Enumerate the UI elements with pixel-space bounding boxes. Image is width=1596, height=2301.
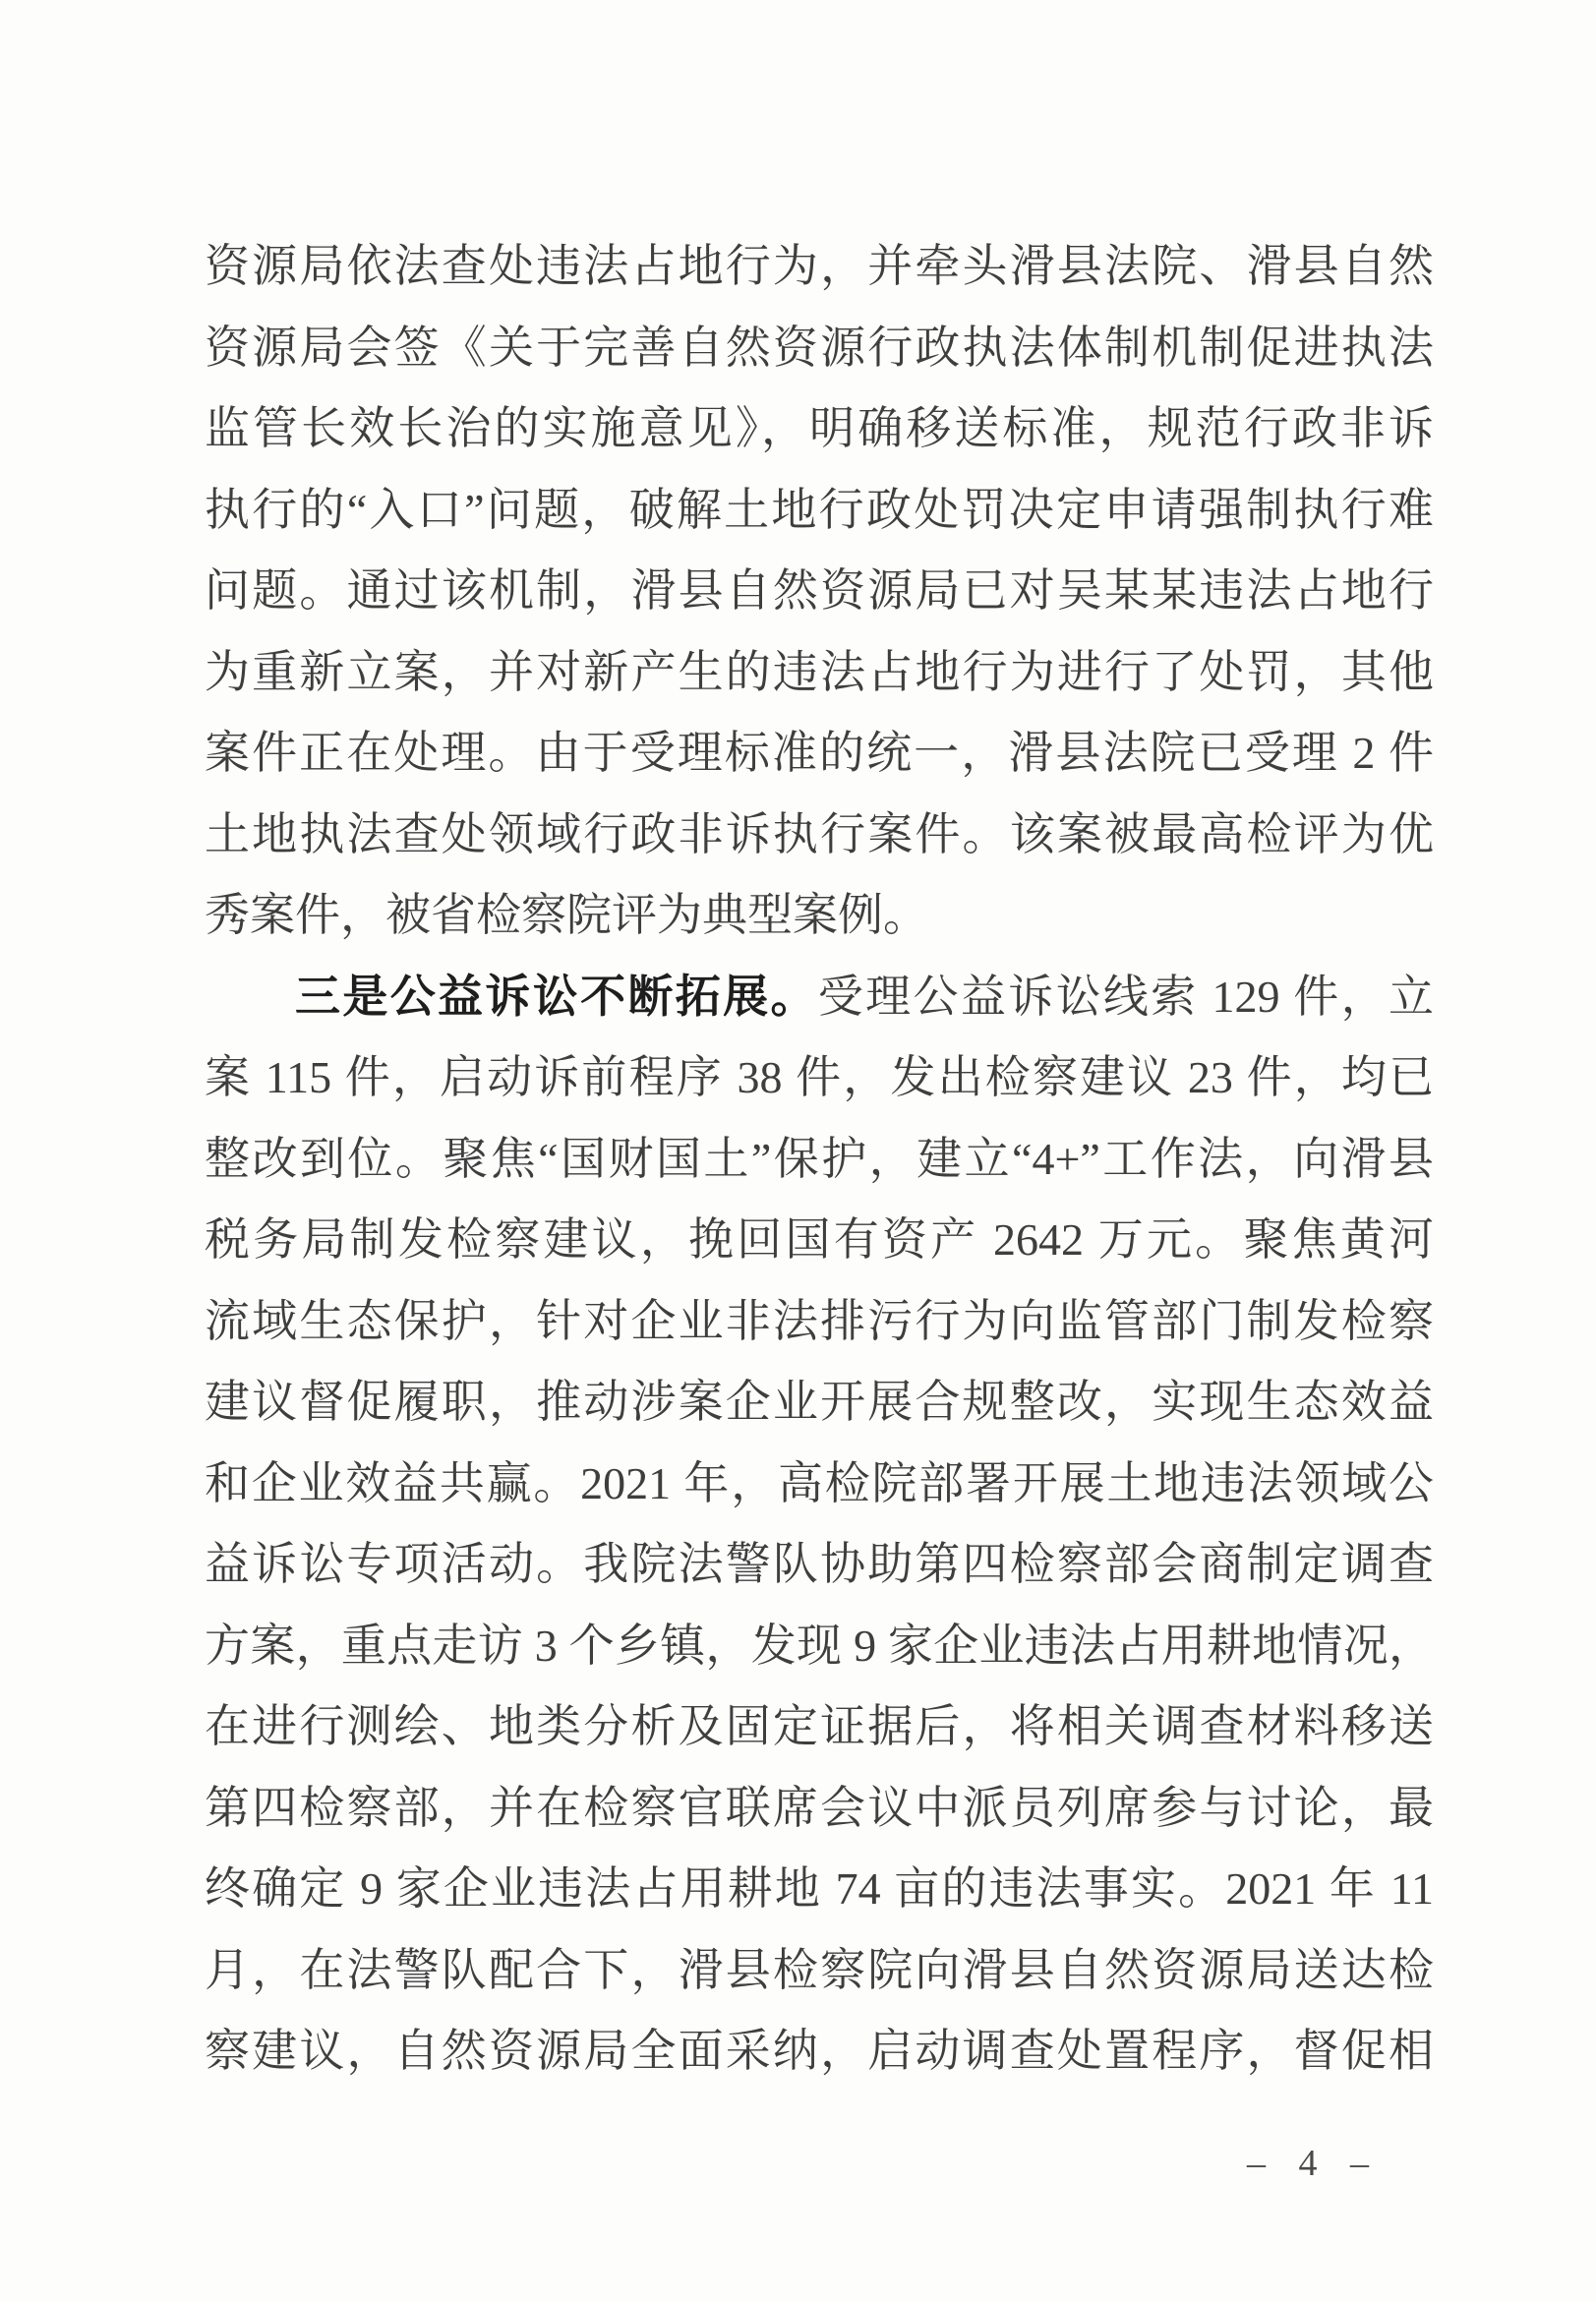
text-line: 问题。通过该机制，滑县自然资源局已对吴某某违法占地行: [205, 551, 1434, 632]
text-line: 察建议，自然资源局全面采纳，启动调查处置程序，督促相: [205, 2011, 1434, 2093]
text-line: 秀案件，被省检察院评为典型案例。: [205, 875, 1434, 957]
text-line-paragraph-start: 三是公益诉讼不断拓展。受理公益诉讼线索 129 件，立: [205, 957, 1434, 1038]
document-page: 资源局依法查处违法占地行为，并牵头滑县法院、滑县自然 资源局会签《关于完善自然资…: [0, 0, 1596, 2301]
text-line: 案件正在处理。由于受理标准的统一，滑县法院已受理 2 件: [205, 713, 1434, 795]
text-line: 益诉讼专项活动。我院法警队协助第四检察部会商制定调查: [205, 1524, 1434, 1606]
line-rest: 受理公益诉讼线索 129 件，立: [818, 972, 1434, 1022]
paragraph-lead-bold: 三是公益诉讼不断拓展。: [295, 972, 818, 1022]
text-line: 方案，重点走访 3 个乡镇，发现 9 家企业违法占用耕地情况，: [205, 1606, 1434, 1687]
text-line: 在进行测绘、地类分析及固定证据后，将相关调查材料移送: [205, 1686, 1434, 1768]
text-line: 资源局会签《关于完善自然资源行政执法体制机制促进执法: [205, 308, 1434, 389]
text-line: 税务局制发检察建议，挽回国有资产 2642 万元。聚焦黄河: [205, 1200, 1434, 1281]
text-line: 案 115 件，启动诉前程序 38 件，发出检察建议 23 件，均已: [205, 1037, 1434, 1119]
text-line: 土地执法查处领域行政非诉执行案件。该案被最高检评为优: [205, 795, 1434, 876]
text-line: 为重新立案，并对新产生的违法占地行为进行了处罚，其他: [205, 632, 1434, 714]
text-line: 和企业效益共赢。2021 年，高检院部署开展土地违法领域公: [205, 1444, 1434, 1525]
text-line: 资源局依法查处违法占地行为，并牵头滑县法院、滑县自然: [205, 226, 1434, 308]
text-line: 执行的“入口”问题，破解土地行政处罚决定申请强制执行难: [205, 470, 1434, 552]
text-line: 监管长效长治的实施意见》，明确移送标准，规范行政非诉: [205, 388, 1434, 470]
text-line: 终确定 9 家企业违法占用耕地 74 亩的违法事实。2021 年 11: [205, 1849, 1434, 1930]
text-line: 整改到位。聚焦“国财国土”保护，建立“4+”工作法，向滑县: [205, 1119, 1434, 1201]
text-line: 建议督促履职，推动涉案企业开展合规整改，实现生态效益: [205, 1362, 1434, 1444]
page-number: – 4 –: [1247, 2140, 1381, 2187]
text-line: 流域生态保护，针对企业非法排污行为向监管部门制发检察: [205, 1281, 1434, 1363]
text-line: 月，在法警队配合下，滑县检察院向滑县自然资源局送达检: [205, 1930, 1434, 2012]
text-line: 第四检察部，并在检察官联席会议中派员列席参与讨论，最: [205, 1768, 1434, 1850]
document-body: 资源局依法查处违法占地行为，并牵头滑县法院、滑县自然 资源局会签《关于完善自然资…: [205, 226, 1434, 2093]
